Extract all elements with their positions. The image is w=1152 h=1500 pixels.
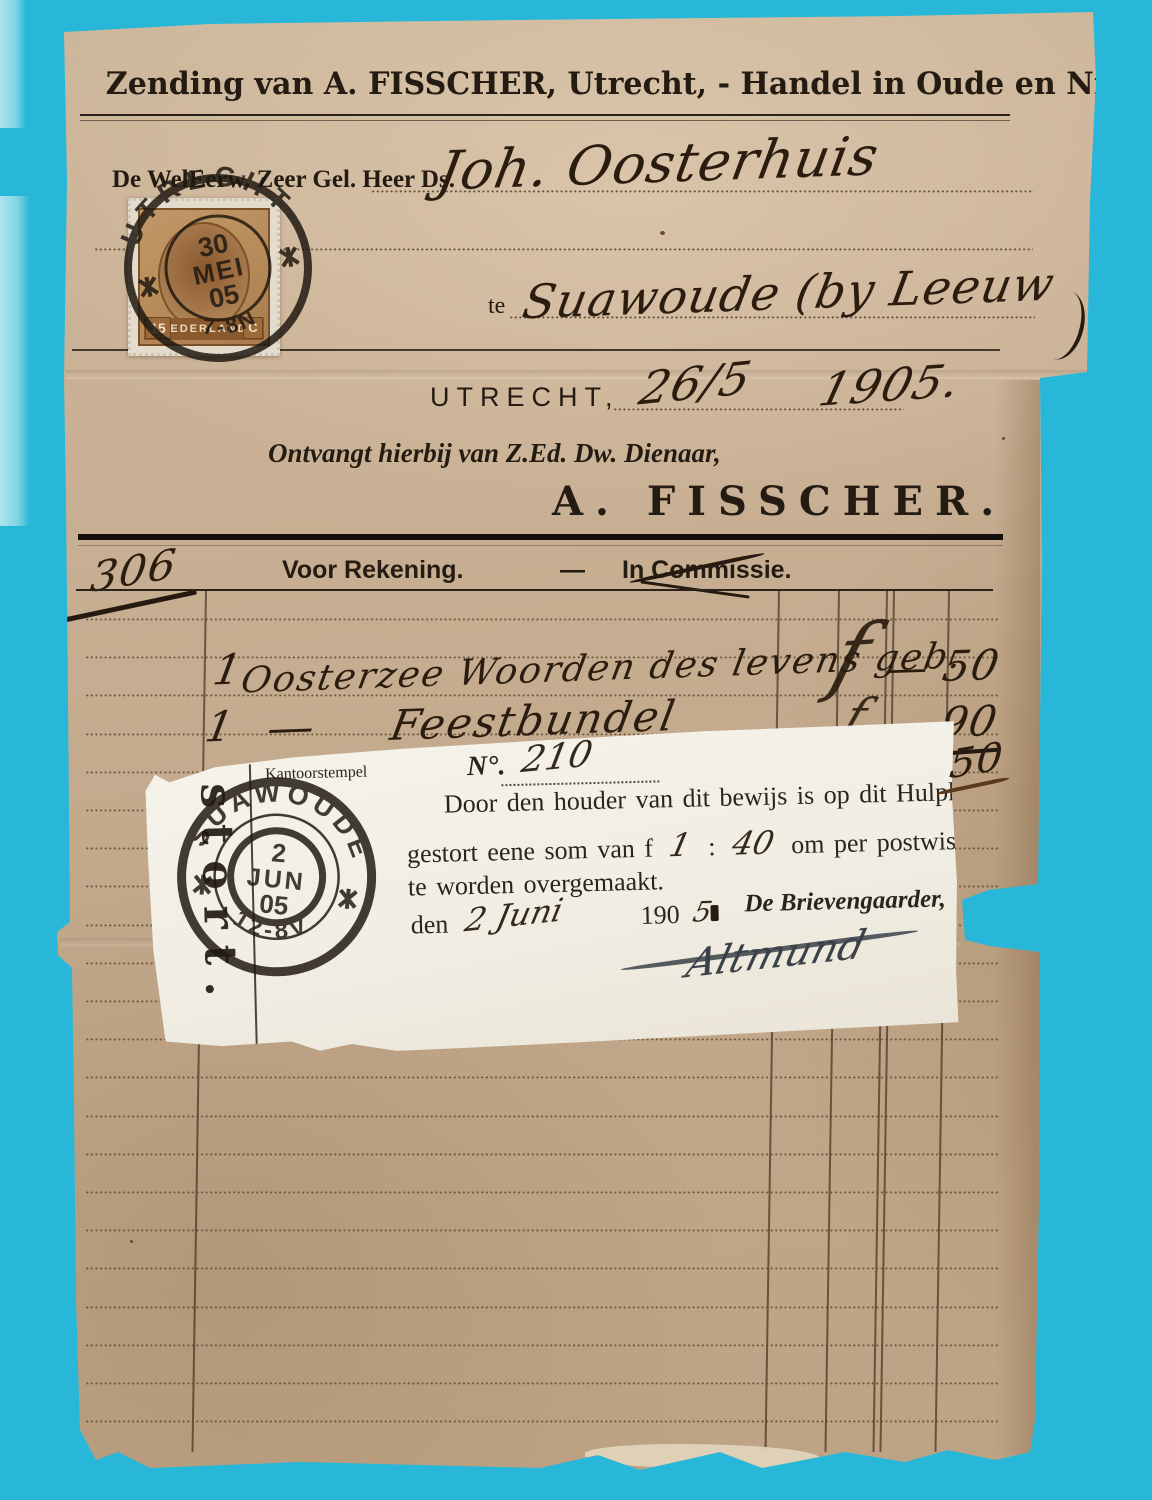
ledger-dotted-line xyxy=(86,1306,1000,1309)
postmark-suawoude-star-left xyxy=(194,874,212,895)
amount-colon: : xyxy=(708,832,716,861)
header-rule-1 xyxy=(80,114,1010,116)
slip-body-line-2: gestort eene som van f 1 : 40 om per pos… xyxy=(407,818,986,870)
item-row-2-ditto-dash: — xyxy=(263,699,320,755)
merchant-header-title: Zending van A. FISSCHER, Utrecht, - Hand… xyxy=(106,66,998,102)
postmark-suawoude: SUAWOUDE 12-8V 2 JUN 05 xyxy=(162,762,391,991)
year-handwritten: 1905. xyxy=(814,353,967,416)
postmark-suawoude-year: 05 xyxy=(258,888,290,921)
dateline-city-label: UTRECHT, xyxy=(430,382,620,413)
date-handwritten: 26/5 xyxy=(635,351,757,416)
scan-artifact-strip-top xyxy=(0,0,26,128)
postal-deposit-slip: stort. Kantoorstempel SUAWOUDE 12-8V 2 J… xyxy=(144,721,964,1059)
table-header-line xyxy=(76,589,993,591)
ledger-dotted-line xyxy=(86,1344,1000,1347)
commission-dash: — xyxy=(560,556,585,585)
voor-rekening-label: Voor Rekening. xyxy=(282,556,464,585)
postmark-utrecht-year: 05 xyxy=(206,279,242,315)
slip-body-line-2-pre: gestort eene som van f xyxy=(407,834,654,869)
ledger-dotted-line xyxy=(86,1267,1000,1270)
postmark-suawoude-star-right xyxy=(339,888,357,909)
invoice-paper: Zending van A. FISSCHER, Utrecht, - Hand… xyxy=(0,0,1152,1500)
slip-den-label: den xyxy=(410,910,448,941)
item-row-1-price: — 50 xyxy=(881,640,1003,693)
firm-name: A. FISSCHER. xyxy=(552,478,1006,525)
header-rule-2 xyxy=(80,120,1010,121)
annotation-306-handwritten: 306 xyxy=(88,539,179,602)
postmark-utrecht: UTRECHT 7-8N 30 MEI 05 xyxy=(99,149,336,386)
right-edge-shadow xyxy=(995,380,1040,1455)
slip-body-line-1: Door den houder van dit bewijs is op dit… xyxy=(444,775,1028,819)
ledger-dotted-line xyxy=(86,1191,1000,1194)
thick-rule xyxy=(78,534,1003,540)
postmark-utrecht-star-left xyxy=(139,275,159,298)
ledger-dotted-line xyxy=(86,1115,1000,1118)
scanned-document-canvas: Zending van A. FISSCHER, Utrecht, - Hand… xyxy=(0,0,1152,1500)
ledger-dotted-line xyxy=(86,1076,1000,1079)
ledger-dotted-line xyxy=(86,1382,1000,1385)
thick-rule-thin-echo xyxy=(78,545,1003,546)
officer-label: De Brievengaarder, xyxy=(744,885,946,918)
place-handwritten: Suawoude (by Leeuw xyxy=(518,257,1059,330)
amount-cents-handwritten: 40 xyxy=(721,823,786,863)
paper-speck xyxy=(1002,437,1005,440)
ledger-dotted-line xyxy=(86,1153,1000,1156)
postmark-utrecht-star-right xyxy=(279,245,299,268)
scan-artifact-strip-mid xyxy=(0,196,30,526)
paper-speck xyxy=(660,231,665,235)
te-label: te xyxy=(488,293,505,320)
receipt-line: Ontvangt hierbij van Z.Ed. Dw. Dienaar, xyxy=(268,438,721,469)
slip-year-printed: 190 xyxy=(640,900,680,931)
ink-blot xyxy=(710,905,718,921)
slip-number-label: N°. xyxy=(467,750,506,783)
ledger-dotted-line xyxy=(86,1420,1000,1423)
amount-guilders-handwritten: 1 xyxy=(658,825,703,864)
ledger-dotted-line xyxy=(86,1229,1000,1232)
postmark-suawoude-day: 2 xyxy=(270,837,287,868)
